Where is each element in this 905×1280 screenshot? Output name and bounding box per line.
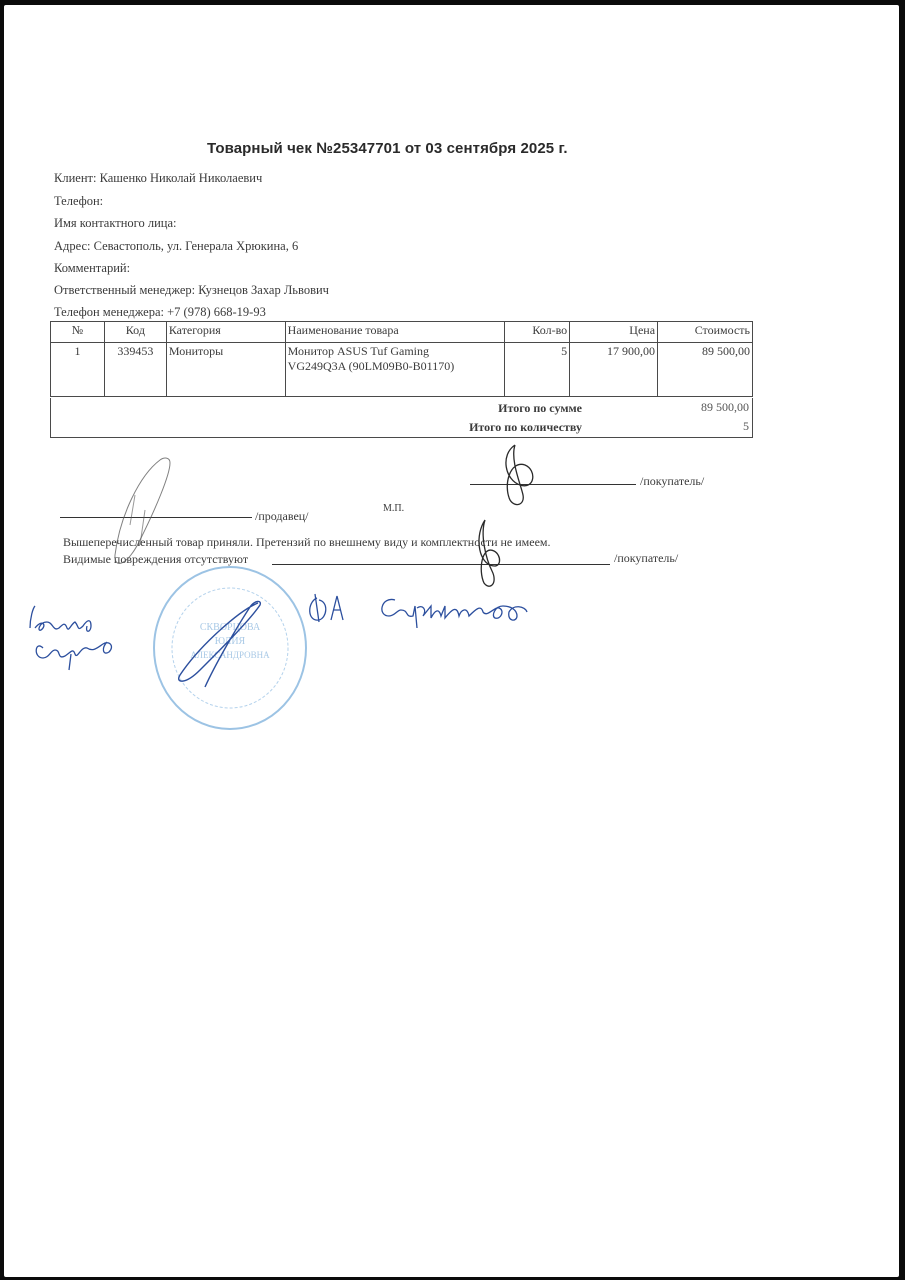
cell-price: 17 900,00 [570, 343, 658, 397]
document-title: Товарный чек №25347701 от 03 сентября 20… [207, 140, 568, 157]
cell-cost: 89 500,00 [658, 343, 753, 397]
cell-number: 1 [51, 343, 105, 397]
no-damage-statement: Видимые повреждения отсутствуют [63, 552, 248, 567]
cell-category: Мониторы [166, 343, 285, 397]
header-number: № [51, 322, 105, 343]
buyer-label-acceptance: /покупатель/ [614, 551, 678, 566]
totals-block: Итого по сумме 89 500,00 Итого по количе… [50, 398, 753, 438]
manager-line: Ответственный менеджер: Кузнецов Захар Л… [54, 283, 329, 298]
phone-line: Телефон: [54, 194, 103, 209]
buyer-acceptance-line [272, 564, 610, 565]
header-quantity: Кол-во [505, 322, 570, 343]
cell-code: 339453 [104, 343, 166, 397]
header-name: Наименование товара [285, 322, 505, 343]
cell-name-line2: VG249Q3A (90LM09B0-B01170) [288, 359, 503, 374]
client-line: Клиент: Кашенко Николай Николаевич [54, 171, 262, 186]
header-cost: Стоимость [658, 322, 753, 343]
header-category: Категория [166, 322, 285, 343]
header-price: Цена [570, 322, 658, 343]
buyer-signature-line [470, 484, 636, 485]
cell-name-line1: Монитор ASUS Tuf Gaming [288, 344, 503, 359]
comment-line: Комментарий: [54, 261, 130, 276]
total-sum-value: 89 500,00 [701, 400, 749, 415]
table-header-row: № Код Категория Наименование товара Кол-… [51, 322, 753, 343]
acceptance-statement: Вышеперечисленный товар приняли. Претенз… [63, 535, 551, 550]
total-quantity-value: 5 [743, 419, 749, 434]
cell-quantity: 5 [505, 343, 570, 397]
buyer-label: /покупатель/ [640, 474, 704, 489]
total-quantity-label: Итого по количеству [469, 420, 582, 435]
receipt-page [4, 5, 899, 1277]
stamp-place-label: М.П. [383, 503, 404, 514]
cell-name: Монитор ASUS Tuf Gaming VG249Q3A (90LM09… [285, 343, 505, 397]
total-sum-label: Итого по сумме [498, 401, 582, 416]
contact-name-line: Имя контактного лица: [54, 216, 177, 231]
address-line: Адрес: Севастополь, ул. Генерала Хрюкина… [54, 239, 298, 254]
table-row: 1 339453 Мониторы Монитор ASUS Tuf Gamin… [51, 343, 753, 397]
seller-label: /продавец/ [255, 509, 309, 524]
items-table: № Код Категория Наименование товара Кол-… [50, 321, 753, 397]
header-code: Код [104, 322, 166, 343]
seller-signature-line [60, 517, 252, 518]
manager-phone-line: Телефон менеджера: +7 (978) 668-19-93 [54, 305, 266, 320]
